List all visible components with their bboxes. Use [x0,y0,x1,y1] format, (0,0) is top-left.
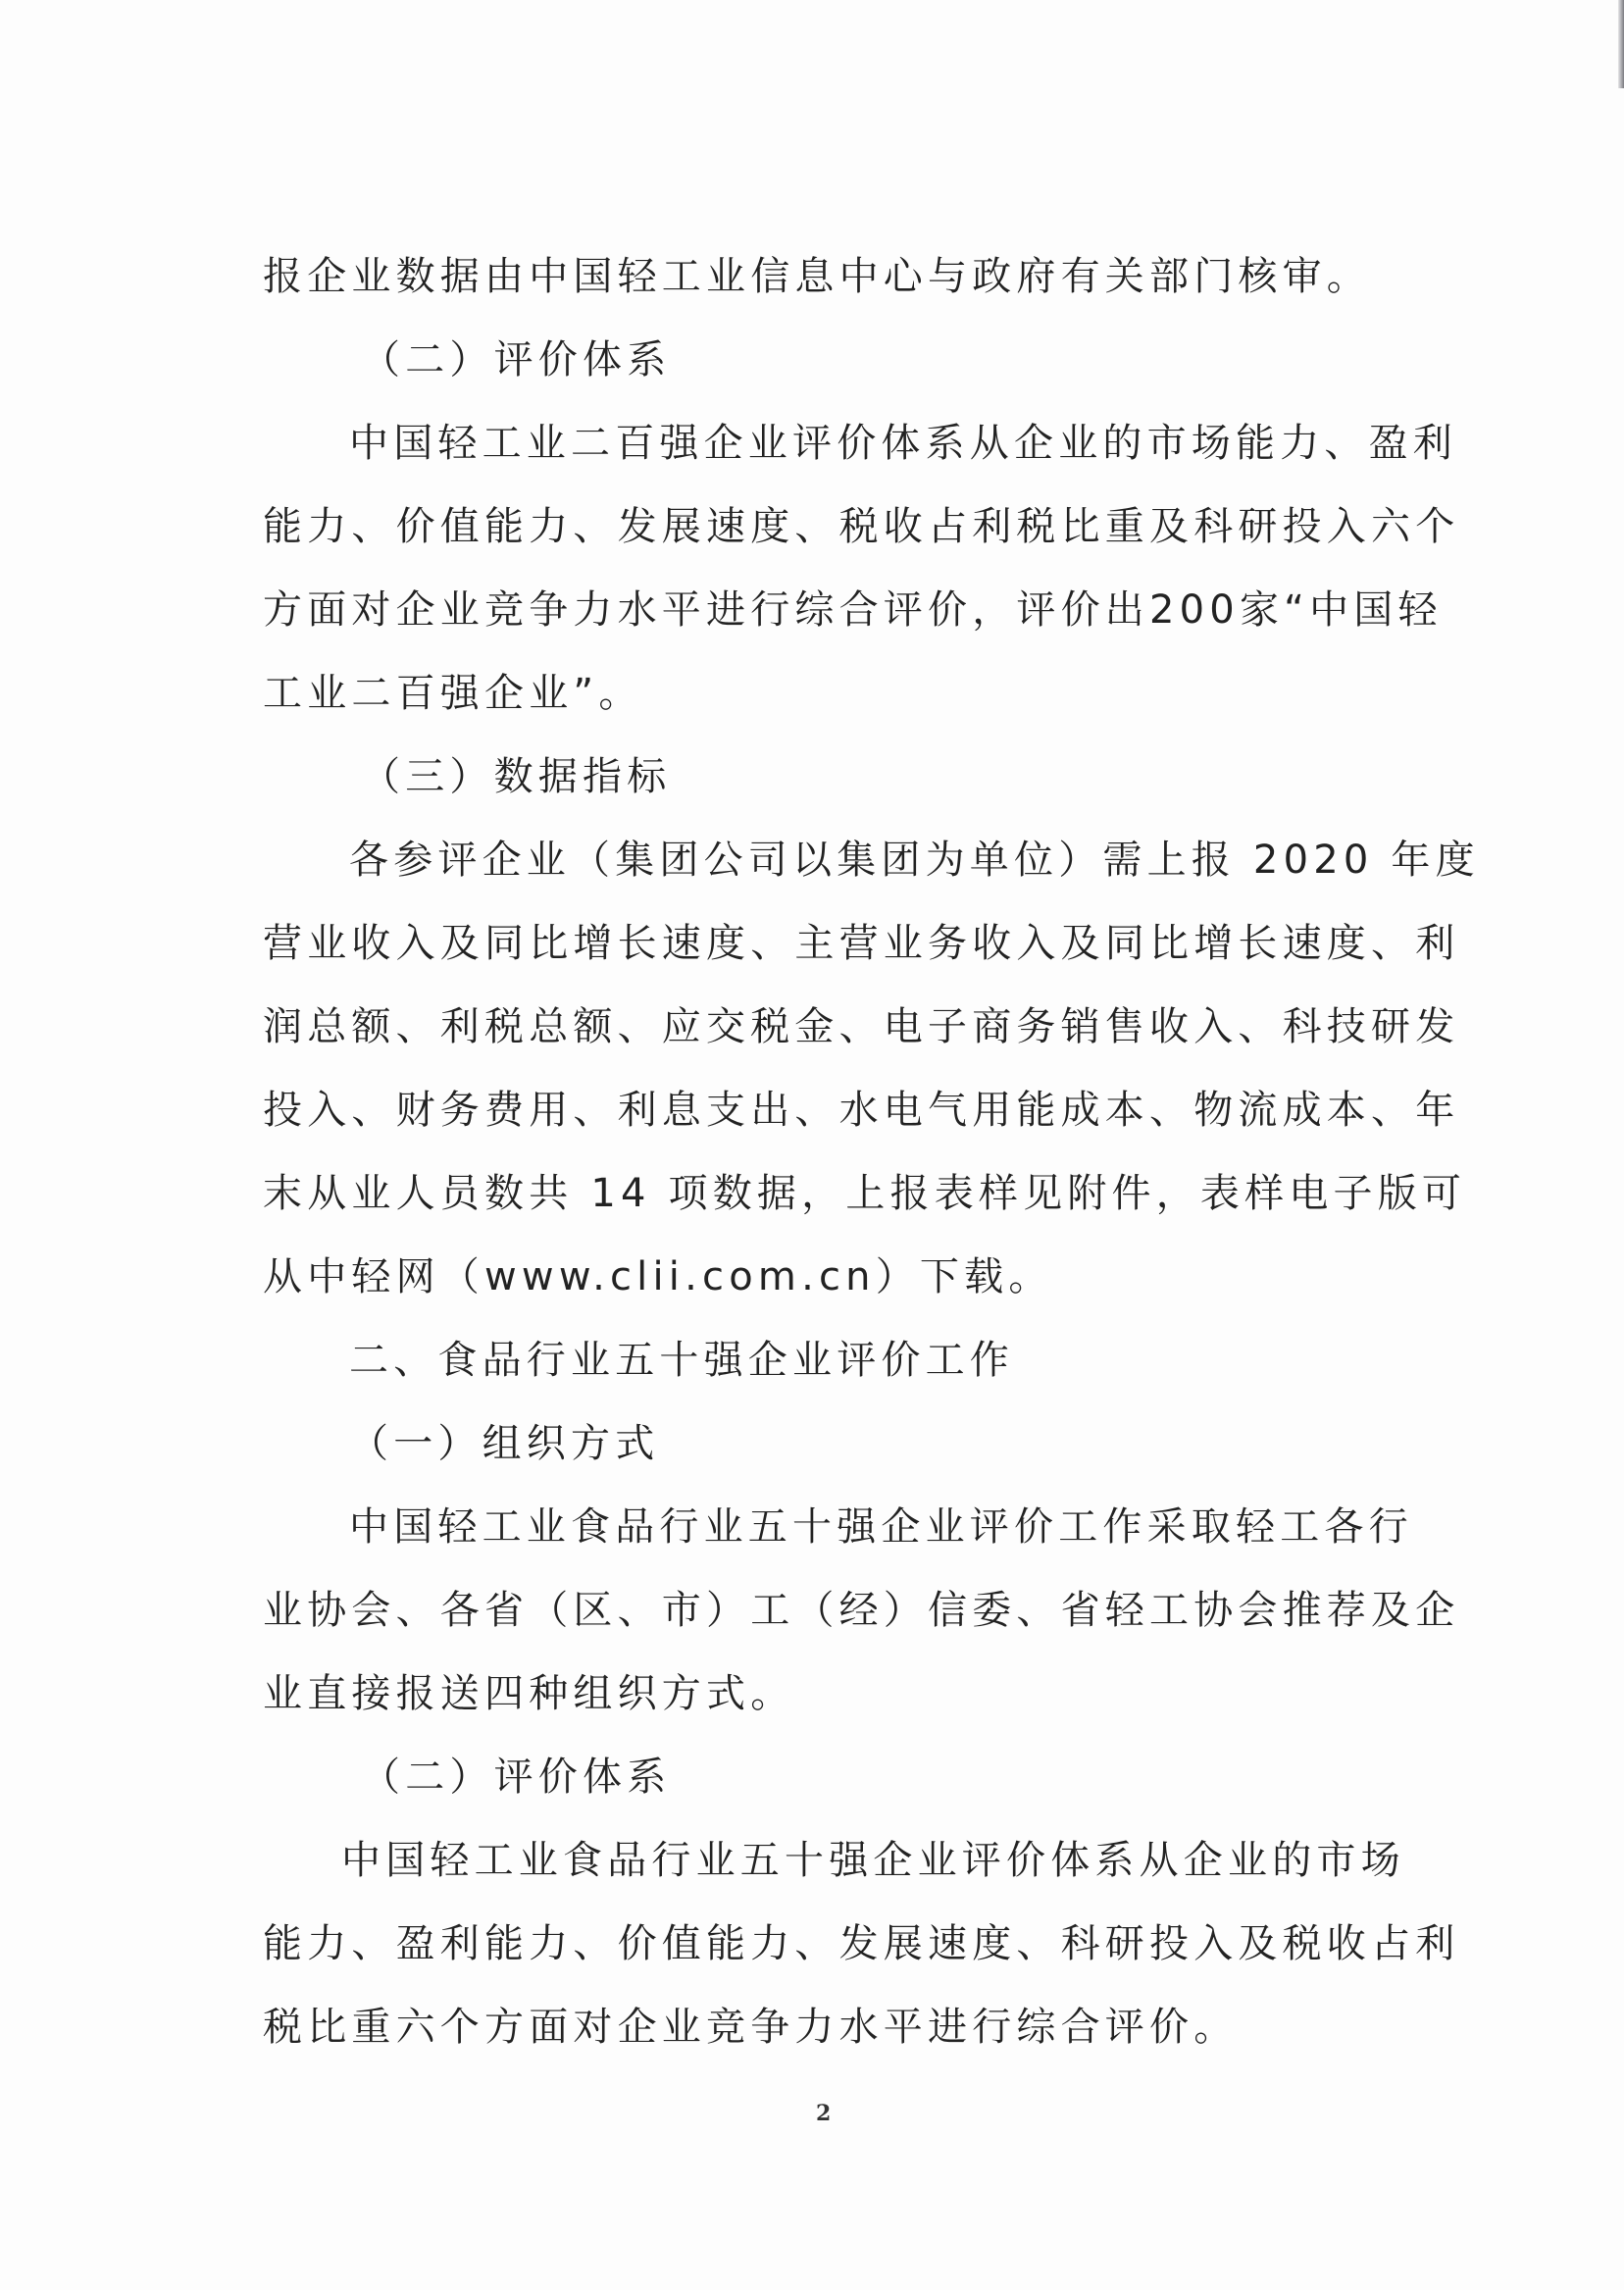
paragraph-line: 业协会、各省（区、市）工（经）信委、省轻工协会推荐及企 [263,1569,1391,1653]
scan-edge-shadow [1618,0,1624,88]
paragraph-continuation-line: 报企业数据由中国轻工业信息中心与政府有关部门核审。 [263,235,1391,319]
section-heading-food-industry: 二、食品行业五十强企业评价工作 [263,1319,1391,1402]
paragraph-line: 中国轻工业食品行业五十强企业评价体系从企业的市场 [263,1819,1391,1903]
paragraph-line-with-url: 从中轻网（www.clii.com.cn）下载。 [263,1236,1391,1319]
paragraph-line: 工业二百强企业”。 [263,652,1391,736]
paragraph-line: 业直接报送四种组织方式。 [263,1653,1391,1736]
paragraph-line: 润总额、利税总额、应交税金、电子商务销售收入、科技研发 [263,986,1391,1069]
subsection-heading-data-indicators: （三）数据指标 [263,736,1391,819]
paragraph-line: 投入、财务费用、利息支出、水电气用能成本、物流成本、年 [263,1069,1391,1152]
paragraph-line: 中国轻工业二百强企业评价体系从企业的市场能力、盈利 [263,402,1391,485]
paragraph-line: 税比重六个方面对企业竞争力水平进行综合评价。 [263,1986,1391,2069]
paragraph-line: 方面对企业竞争力水平进行综合评价，评价出200家“中国轻 [263,569,1391,652]
subsection-heading-evaluation-system: （二）评价体系 [263,319,1391,402]
paragraph-line: 中国轻工业食品行业五十强企业评价工作采取轻工各行 [263,1486,1391,1569]
paragraph-line: 能力、盈利能力、价值能力、发展速度、科研投入及税收占利 [263,1903,1391,1986]
paragraph-line: 能力、价值能力、发展速度、税收占利税比重及科研投入六个 [263,485,1391,569]
document-body: 报企业数据由中国轻工业信息中心与政府有关部门核审。 （二）评价体系 中国轻工业二… [263,235,1391,2069]
subsection-heading-organization: （一）组织方式 [263,1402,1391,1486]
page-number: 2 [816,2101,831,2126]
document-page: 报企业数据由中国轻工业信息中心与政府有关部门核审。 （二）评价体系 中国轻工业二… [0,0,1624,2290]
paragraph-line: 各参评企业（集团公司以集团为单位）需上报 2020 年度 [263,819,1391,902]
subsection-heading-evaluation-system-2: （二）评价体系 [263,1736,1391,1819]
paragraph-line: 末从业人员数共 14 项数据，上报表样见附件，表样电子版可 [263,1152,1391,1236]
paragraph-line: 营业收入及同比增长速度、主营业务收入及同比增长速度、利 [263,902,1391,986]
